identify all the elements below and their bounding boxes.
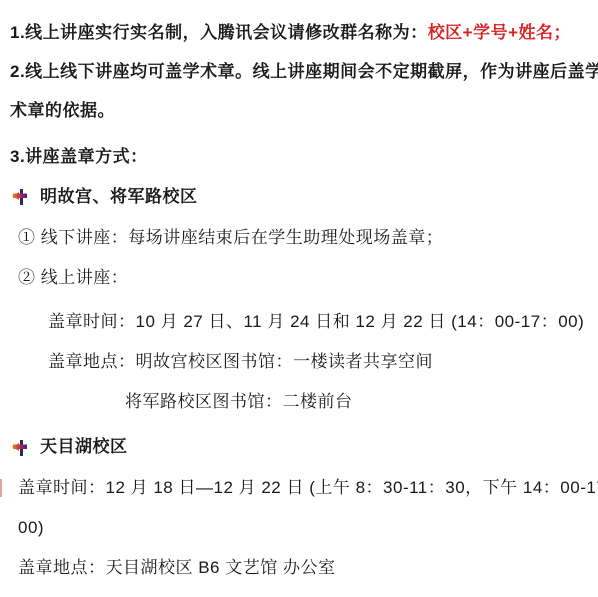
- campus1-online-item: ② 线上讲座：: [18, 267, 128, 289]
- rule2-line2: 术章的依据。: [10, 100, 115, 122]
- campus1-stamp-place-line2: 将军路校区图书馆：二楼前台: [125, 391, 353, 413]
- rule3-heading: 3.讲座盖章方式：: [10, 146, 148, 168]
- rule2-line1: 2.线上线下讲座均可盖学术章。线上讲座期间会不定期截屏，作为讲座后盖学: [10, 61, 598, 83]
- campus1-title: 明故宫、将军路校区: [40, 186, 198, 208]
- colored-flag-bullet-icon: [12, 439, 29, 457]
- cropped-red-edge-mark: [0, 479, 2, 497]
- campus2-title: 天目湖校区: [40, 436, 128, 458]
- campus1-stamp-place-line1: 盖章地点：明故宫校区图书馆：一楼读者共享空间: [48, 351, 433, 373]
- rule1-text: 1.线上讲座实行实名制，入腾讯会议请修改群名称为：: [10, 23, 428, 42]
- campus1-stamp-time: 盖章时间：10 月 27 日、11 月 24 日和 12 月 22 日 (14：…: [48, 311, 584, 333]
- campus1-offline-item: ① 线下讲座：每场讲座结束后在学生助理处现场盖章；: [18, 227, 443, 249]
- rule1-line: 1.线上讲座实行实名制，入腾讯会议请修改群名称为：校区+学号+姓名；: [10, 22, 571, 44]
- campus2-stamp-time-line2: 00): [18, 517, 44, 539]
- campus2-stamp-time-line1: 盖章时间：12 月 18 日—12 月 22 日 (上午 8：30-11：30，…: [18, 477, 598, 499]
- rule1-highlight: 校区+学号+姓名；: [428, 23, 571, 42]
- colored-flag-bullet-icon: [12, 188, 29, 206]
- campus2-stamp-place: 盖章地点：天目湖校区 B6 文艺馆 办公室: [18, 557, 335, 579]
